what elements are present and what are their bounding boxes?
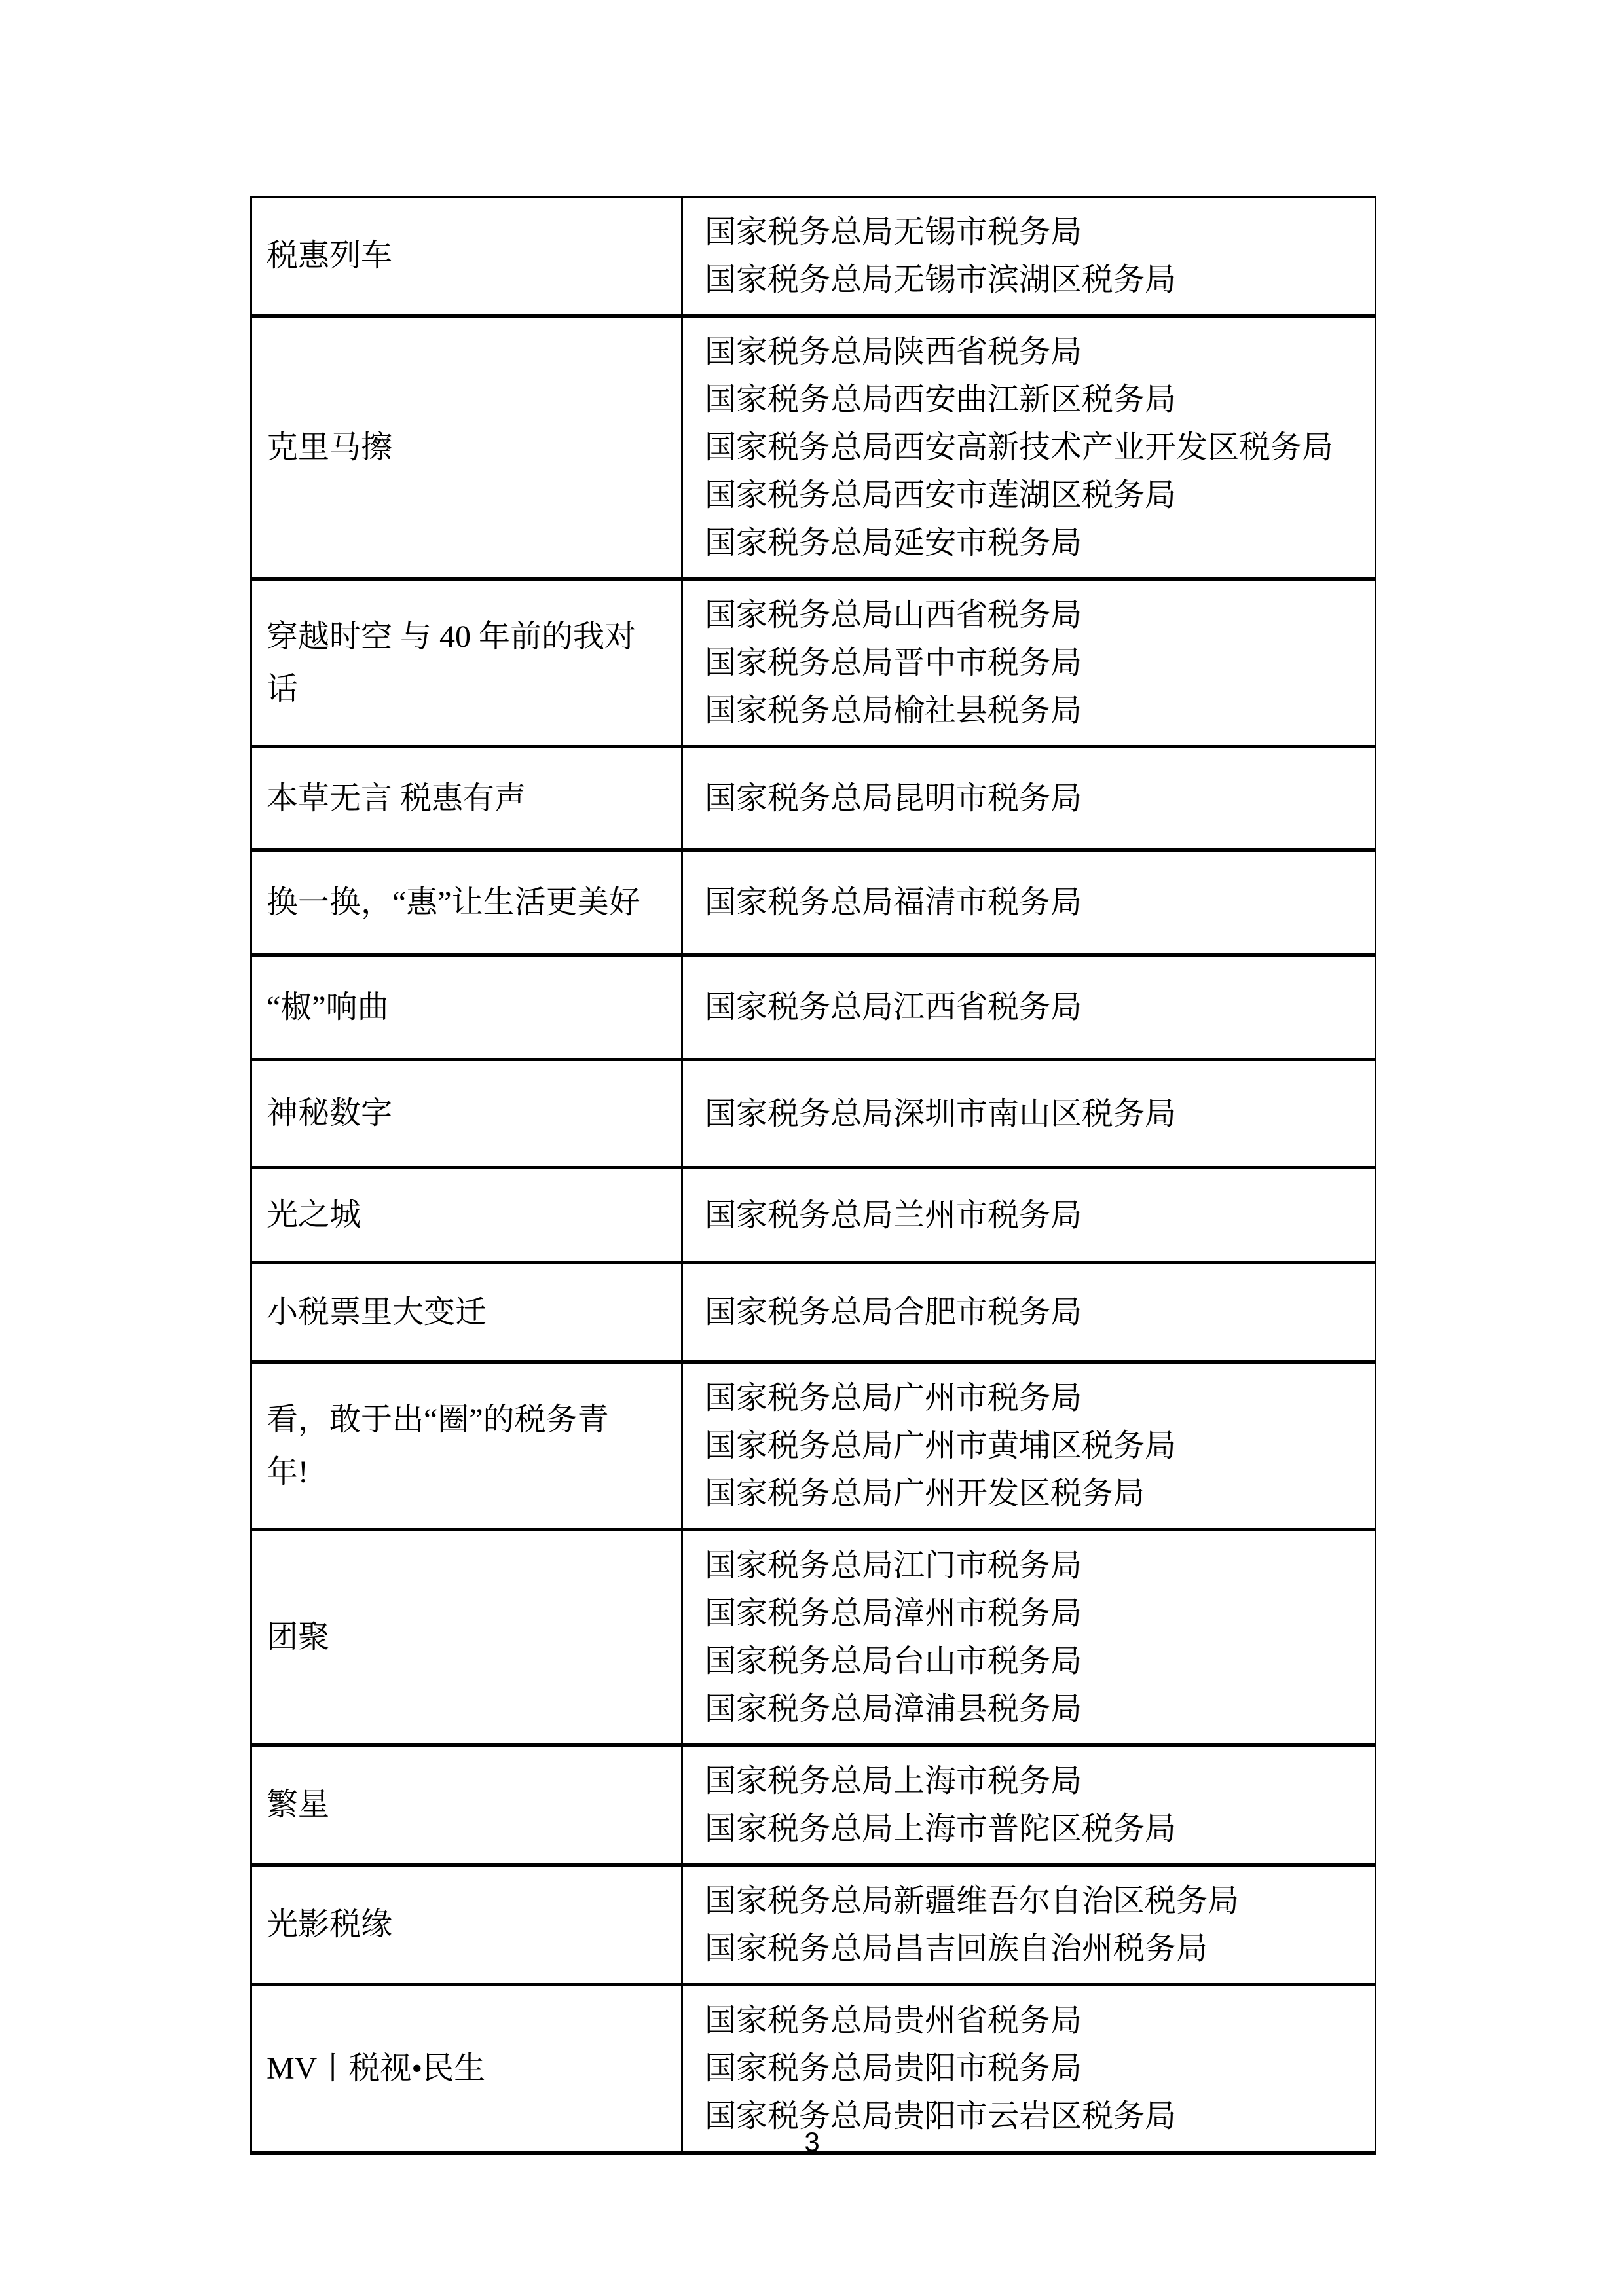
work-title-cell: 看，敢于出“圈”的税务青年! <box>252 1364 683 1528</box>
work-title: 看，敢于出“圈”的税务青年! <box>267 1394 645 1499</box>
work-title-cell: 税惠列车 <box>252 198 683 314</box>
bureau-cell: 国家税务总局上海市税务局国家税务总局上海市普陀区税务局 <box>683 1747 1375 1863</box>
work-title-cell: 光之城 <box>252 1169 683 1261</box>
work-title-cell: “椒”响曲 <box>252 957 683 1058</box>
table-row: 穿越时空 与 40 年前的我对话 国家税务总局山西省税务局国家税务总局晋中市税务… <box>252 581 1375 748</box>
bureau-name: 国家税务总局延安市税务局 <box>705 519 1365 567</box>
work-title: 本草无言 税惠有声 <box>267 773 645 825</box>
work-title-cell: 神秘数字 <box>252 1061 683 1166</box>
bureau-name: 国家税务总局陕西省税务局 <box>705 328 1365 376</box>
bureau-name: 国家税务总局山西省税务局 <box>705 591 1365 639</box>
bureau-cell: 国家税务总局山西省税务局国家税务总局晋中市税务局国家税务总局榆社县税务局 <box>683 581 1375 745</box>
work-title-cell: 团聚 <box>252 1531 683 1743</box>
bureau-name: 国家税务总局广州市黄埔区税务局 <box>705 1422 1365 1470</box>
bureau-name: 国家税务总局无锡市滨湖区税务局 <box>705 256 1365 304</box>
work-title: MV丨税视•民生 <box>267 2043 645 2095</box>
bureau-cell: 国家税务总局陕西省税务局国家税务总局西安曲江新区税务局国家税务总局西安高新技术产… <box>683 318 1375 577</box>
bureau-name: 国家税务总局江门市税务局 <box>705 1542 1365 1590</box>
table-row: 克里马擦 国家税务总局陕西省税务局国家税务总局西安曲江新区税务局国家税务总局西安… <box>252 318 1375 581</box>
table-row: 税惠列车 国家税务总局无锡市税务局国家税务总局无锡市滨湖区税务局 <box>252 198 1375 318</box>
bureau-name: 国家税务总局合肥市税务局 <box>705 1288 1365 1336</box>
work-title-cell: 穿越时空 与 40 年前的我对话 <box>252 581 683 745</box>
document-page: 税惠列车 国家税务总局无锡市税务局国家税务总局无锡市滨湖区税务局 克里马擦 国家… <box>0 0 1624 2296</box>
table-row: 看，敢于出“圈”的税务青年! 国家税务总局广州市税务局国家税务总局广州市黄埔区税… <box>252 1364 1375 1531</box>
work-title: 穿越时空 与 40 年前的我对话 <box>267 611 645 716</box>
bureau-cell: 国家税务总局广州市税务局国家税务总局广州市黄埔区税务局国家税务总局广州开发区税务… <box>683 1364 1375 1528</box>
work-title-cell: 小税票里大变迁 <box>252 1264 683 1360</box>
table-row: 本草无言 税惠有声 国家税务总局昆明市税务局 <box>252 748 1375 852</box>
table-row: 换一换，“惠”让生活更美好 国家税务总局福清市税务局 <box>252 852 1375 957</box>
bureau-name: 国家税务总局漳州市税务局 <box>705 1590 1365 1637</box>
work-title-cell: 换一换，“惠”让生活更美好 <box>252 852 683 953</box>
bureau-cell: 国家税务总局兰州市税务局 <box>683 1169 1375 1261</box>
bureau-cell: 国家税务总局昆明市税务局 <box>683 748 1375 848</box>
bureau-name: 国家税务总局贵州省税务局 <box>705 1997 1365 2045</box>
table-row: 光影税缘 国家税务总局新疆维吾尔自治区税务局国家税务总局昌吉回族自治州税务局 <box>252 1867 1375 1986</box>
work-title: 团聚 <box>267 1611 645 1664</box>
bureau-name: 国家税务总局昌吉回族自治州税务局 <box>705 1925 1365 1973</box>
bureau-name: 国家税务总局无锡市税务局 <box>705 208 1365 256</box>
table-row: 神秘数字 国家税务总局深圳市南山区税务局 <box>252 1061 1375 1169</box>
work-title-cell: 克里马擦 <box>252 318 683 577</box>
awards-table: 税惠列车 国家税务总局无锡市税务局国家税务总局无锡市滨湖区税务局 克里马擦 国家… <box>250 196 1376 2155</box>
bureau-name: 国家税务总局上海市税务局 <box>705 1757 1365 1805</box>
table-row: 繁星 国家税务总局上海市税务局国家税务总局上海市普陀区税务局 <box>252 1747 1375 1867</box>
bureau-name: 国家税务总局广州开发区税务局 <box>705 1470 1365 1518</box>
bureau-cell: 国家税务总局新疆维吾尔自治区税务局国家税务总局昌吉回族自治州税务局 <box>683 1867 1375 1983</box>
bureau-name: 国家税务总局贵阳市税务局 <box>705 2045 1365 2092</box>
bureau-name: 国家税务总局昆明市税务局 <box>705 774 1365 822</box>
bureau-name: 国家税务总局晋中市税务局 <box>705 639 1365 687</box>
work-title-cell: 本草无言 税惠有声 <box>252 748 683 848</box>
page-number: 3 <box>0 2126 1624 2158</box>
bureau-name: 国家税务总局榆社县税务局 <box>705 687 1365 735</box>
work-title: 光影税缘 <box>267 1899 645 1951</box>
bureau-name: 国家税务总局西安市莲湖区税务局 <box>705 471 1365 519</box>
bureau-name: 国家税务总局兰州市税务局 <box>705 1192 1365 1239</box>
bureau-cell: 国家税务总局江西省税务局 <box>683 957 1375 1058</box>
bureau-name: 国家税务总局西安曲江新区税务局 <box>705 376 1365 424</box>
work-title: 换一换，“惠”让生活更美好 <box>267 877 645 929</box>
bureau-cell: 国家税务总局无锡市税务局国家税务总局无锡市滨湖区税务局 <box>683 198 1375 314</box>
work-title: 繁星 <box>267 1779 645 1831</box>
work-title: 税惠列车 <box>267 230 645 282</box>
bureau-name: 国家税务总局广州市税务局 <box>705 1374 1365 1422</box>
table-row: 团聚 国家税务总局江门市税务局国家税务总局漳州市税务局国家税务总局台山市税务局国… <box>252 1531 1375 1747</box>
work-title: “椒”响曲 <box>267 981 645 1034</box>
bureau-name: 国家税务总局江西省税务局 <box>705 983 1365 1031</box>
bureau-cell: 国家税务总局深圳市南山区税务局 <box>683 1061 1375 1166</box>
table-row: 光之城 国家税务总局兰州市税务局 <box>252 1169 1375 1264</box>
bureau-name: 国家税务总局台山市税务局 <box>705 1637 1365 1685</box>
work-title-cell: 繁星 <box>252 1747 683 1863</box>
bureau-cell: 国家税务总局江门市税务局国家税务总局漳州市税务局国家税务总局台山市税务局国家税务… <box>683 1531 1375 1743</box>
bureau-name: 国家税务总局漳浦县税务局 <box>705 1685 1365 1733</box>
bureau-name: 国家税务总局福清市税务局 <box>705 879 1365 926</box>
work-title: 神秘数字 <box>267 1087 645 1140</box>
table-row: “椒”响曲 国家税务总局江西省税务局 <box>252 957 1375 1061</box>
work-title: 克里马擦 <box>267 422 645 474</box>
work-title: 光之城 <box>267 1189 645 1241</box>
work-title: 小税票里大变迁 <box>267 1286 645 1339</box>
bureau-name: 国家税务总局深圳市南山区税务局 <box>705 1090 1365 1138</box>
bureau-cell: 国家税务总局福清市税务局 <box>683 852 1375 953</box>
bureau-name: 国家税务总局新疆维吾尔自治区税务局 <box>705 1877 1365 1925</box>
bureau-cell: 国家税务总局合肥市税务局 <box>683 1264 1375 1360</box>
bureau-name: 国家税务总局西安高新技术产业开发区税务局 <box>705 424 1365 471</box>
work-title-cell: 光影税缘 <box>252 1867 683 1983</box>
bureau-name: 国家税务总局上海市普陀区税务局 <box>705 1805 1365 1853</box>
table-row: 小税票里大变迁 国家税务总局合肥市税务局 <box>252 1264 1375 1364</box>
